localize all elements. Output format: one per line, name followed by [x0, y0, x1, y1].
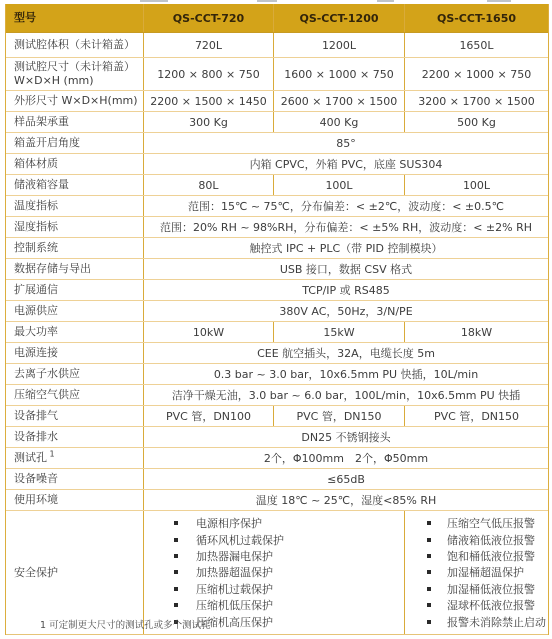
safety-item-text: 加湿桶低液位报警 [447, 581, 535, 597]
row-label: 设备排水 [6, 427, 144, 447]
spec-value-span: 2个，Φ100mm 2个，Φ50mm [144, 448, 548, 468]
spec-value-span: TCP/IP 或 RS485 [144, 280, 548, 300]
spec-value: 1200L [274, 33, 405, 57]
square-bullet-icon [174, 587, 178, 591]
row-label: 使用环境 [6, 490, 144, 510]
row-label: 设备排气 [6, 406, 144, 426]
row-label: 最大功率 [6, 322, 144, 342]
table-row: 测试孔 12个，Φ100mm 2个，Φ50mm [6, 448, 548, 469]
row-label-text: 电源连接 [14, 346, 58, 360]
model-column-label: 型号 [6, 4, 144, 32]
table-row: 压缩空气供应洁净干燥无油，3.0 bar ~ 6.0 bar，100L/min，… [6, 385, 548, 406]
square-bullet-icon [427, 603, 431, 607]
table-row: 箱体材质内箱 CPVC，外箱 PVC，底座 SUS304 [6, 154, 548, 175]
spec-value: 400 Kg [274, 112, 405, 132]
row-label-text: 温度指标 [14, 199, 58, 213]
spec-value: 1600 × 1000 × 750 [274, 58, 405, 90]
square-bullet-icon [427, 521, 431, 525]
table-row: 去离子水供应0.3 bar ~ 3.0 bar，10x6.5mm PU 快插，1… [6, 364, 548, 385]
spec-value-span: 85° [144, 133, 548, 153]
row-label-text: 数据存储与导出 [14, 262, 91, 276]
square-bullet-icon [427, 620, 431, 624]
safety-item-text: 饱和桶低液位报警 [447, 548, 535, 564]
row-label-text: 设备噪音 [14, 472, 58, 486]
spec-value: 80L [144, 175, 274, 195]
table-row: 扩展通信TCP/IP 或 RS485 [6, 280, 548, 301]
spec-value: 3200 × 1700 × 1500 [405, 91, 548, 111]
safety-item: 报警未消除禁止启动 [427, 614, 546, 630]
safety-item-text: 压缩机低压保护 [196, 597, 273, 613]
spec-value: 15kW [274, 322, 405, 342]
crop-mark [377, 0, 394, 2]
safety-item: 湿球杯低液位报警 [427, 597, 535, 613]
square-bullet-icon [174, 603, 178, 607]
crop-mark [140, 0, 168, 2]
square-bullet-icon [174, 554, 178, 558]
square-bullet-icon [427, 587, 431, 591]
square-bullet-icon [427, 538, 431, 542]
crop-mark [257, 0, 277, 2]
row-label: 测试腔尺寸（未计箱盖）W×D×H (mm) [6, 58, 144, 90]
row-label-text: 外形尺寸 W×D×H(mm) [14, 94, 138, 108]
spec-value-span: 温度 18℃ ~ 25℃，湿度<85% RH [144, 490, 548, 510]
row-label: 控制系统 [6, 238, 144, 258]
row-label: 测试腔体积（未计箱盖） [6, 33, 144, 57]
spec-value: 2200 × 1000 × 750 [405, 58, 548, 90]
model-name: QS-CCT-1650 [405, 4, 548, 32]
spec-value: 720L [144, 33, 274, 57]
square-bullet-icon [174, 538, 178, 542]
row-label: 设备噪音 [6, 469, 144, 489]
page-top-crop-marks [0, 0, 552, 3]
spec-value: 300 Kg [144, 112, 274, 132]
spec-value-span: 范围：20% RH ~ 98%RH，分布偏差：< ±5% RH，波动度：< ±2… [144, 217, 548, 237]
row-label: 温度指标 [6, 196, 144, 216]
spec-value: 2200 × 1500 × 1450 [144, 91, 274, 111]
safety-item: 饱和桶低液位报警 [427, 548, 535, 564]
row-label-text: 设备排水 [14, 430, 58, 444]
row-label-text: 湿度指标 [14, 220, 58, 234]
row-label-text: 最大功率 [14, 325, 58, 339]
safety-item-text: 压缩空气低压报警 [447, 515, 535, 531]
safety-item-text: 报警未消除禁止启动 [447, 614, 546, 630]
safety-item: 储液箱低液位报警 [427, 531, 535, 547]
safety-item-text: 储液箱低液位报警 [447, 532, 535, 548]
footnote: 1 可定制更大尺寸的测试孔或多个测试孔 [40, 617, 211, 631]
spec-value-span: 触控式 IPC + PLC（带 PID 控制模块） [144, 238, 548, 258]
row-label-text: 设备排气 [14, 409, 58, 423]
table-row: 数据存储与导出USB 接口，数据 CSV 格式 [6, 259, 548, 280]
spec-value: 2600 × 1700 × 1500 [274, 91, 405, 111]
safety-item-text: 加湿桶超温保护 [447, 564, 524, 580]
row-label-text: 储液箱容量 [14, 178, 69, 192]
row-label: 电源连接 [6, 343, 144, 363]
safety-item: 电源相序保护 [174, 515, 262, 531]
spec-value-span: 洁净干燥无油，3.0 bar ~ 6.0 bar，100L/min，10x6.5… [144, 385, 548, 405]
spec-value: 500 Kg [405, 112, 548, 132]
table-header-row: 型号QS-CCT-720QS-CCT-1200QS-CCT-1650 [6, 4, 548, 33]
row-label: 储液箱容量 [6, 175, 144, 195]
spec-value-span: USB 接口，数据 CSV 格式 [144, 259, 548, 279]
row-label: 外形尺寸 W×D×H(mm) [6, 91, 144, 111]
row-label-text: 控制系统 [14, 241, 58, 255]
safety-list-right: 压缩空气低压报警储液箱低液位报警饱和桶低液位报警加湿桶超温保护加湿桶低液位报警湿… [405, 511, 548, 634]
row-label: 安全保护 [6, 511, 144, 634]
row-label-text: 测试腔尺寸（未计箱盖）W×D×H (mm) [14, 60, 135, 88]
spec-value: PVC 管，DN150 [405, 406, 548, 426]
table-row: 测试腔体积（未计箱盖）720L1200L1650L [6, 33, 548, 58]
safety-item-text: 压缩机过载保护 [196, 581, 273, 597]
row-label-text: 测试腔体积（未计箱盖） [14, 38, 135, 52]
spec-value: 10kW [144, 322, 274, 342]
table-row: 设备排水DN25 不锈钢接头 [6, 427, 548, 448]
row-label-text: 样品架承重 [14, 115, 69, 129]
safety-item: 加湿桶低液位报警 [427, 581, 535, 597]
spec-value-span: 内箱 CPVC，外箱 PVC，底座 SUS304 [144, 154, 548, 174]
square-bullet-icon [427, 570, 431, 574]
row-label: 数据存储与导出 [6, 259, 144, 279]
table-row: 外形尺寸 W×D×H(mm)2200 × 1500 × 14502600 × 1… [6, 91, 548, 112]
spec-value-span: 380V AC，50Hz，3/N/PE [144, 301, 548, 321]
spec-value: PVC 管，DN100 [144, 406, 274, 426]
table-row: 电源连接CEE 航空插头，32A，电缆长度 5m [6, 343, 548, 364]
spec-value: 1650L [405, 33, 548, 57]
spec-value-span: ≤65dB [144, 469, 548, 489]
table-row: 使用环境温度 18℃ ~ 25℃，湿度<85% RH [6, 490, 548, 511]
safety-item: 循环风机过载保护 [174, 531, 284, 547]
table-row: 电源供应380V AC，50Hz，3/N/PE [6, 301, 548, 322]
row-label-text: 测试孔 1 [14, 451, 55, 465]
table-row: 测试腔尺寸（未计箱盖）W×D×H (mm)1200 × 800 × 750160… [6, 58, 548, 91]
square-bullet-icon [174, 521, 178, 525]
spec-table: 型号QS-CCT-720QS-CCT-1200QS-CCT-1650测试腔体积（… [5, 4, 549, 635]
row-label-text: 扩展通信 [14, 283, 58, 297]
row-label: 箱体材质 [6, 154, 144, 174]
safety-item: 压缩机过载保护 [174, 581, 273, 597]
model-name: QS-CCT-1200 [274, 4, 405, 32]
row-label: 样品架承重 [6, 112, 144, 132]
row-label: 压缩空气供应 [6, 385, 144, 405]
table-row: 储液箱容量80L100L100L [6, 175, 548, 196]
safety-item: 压缩空气低压报警 [427, 515, 535, 531]
row-label-text: 箱盖开启角度 [14, 136, 80, 150]
model-name: QS-CCT-720 [144, 4, 274, 32]
table-row: 温度指标范围：15℃ ~ 75℃，分布偏差：< ±2℃，波动度：< ±0.5℃ [6, 196, 548, 217]
safety-item-text: 循环风机过载保护 [196, 532, 284, 548]
table-row: 最大功率10kW15kW18kW [6, 322, 548, 343]
footnote-marker: 1 [47, 449, 55, 458]
safety-item-text: 电源相序保护 [196, 515, 262, 531]
row-label-text: 使用环境 [14, 493, 58, 507]
spec-value: PVC 管，DN150 [274, 406, 405, 426]
spec-value-span: DN25 不锈钢接头 [144, 427, 548, 447]
row-label: 去离子水供应 [6, 364, 144, 384]
safety-item: 加湿桶超温保护 [427, 564, 524, 580]
row-label: 测试孔 1 [6, 448, 144, 468]
safety-list-left: 电源相序保护循环风机过载保护加热器漏电保护加热器超温保护压缩机过载保护压缩机低压… [144, 511, 405, 634]
safety-item-text: 加热器超温保护 [196, 564, 273, 580]
table-row: 样品架承重300 Kg400 Kg500 Kg [6, 112, 548, 133]
spec-value: 100L [274, 175, 405, 195]
row-label-text: 箱体材质 [14, 157, 58, 171]
safety-item: 加热器漏电保护 [174, 548, 273, 564]
spec-value: 18kW [405, 322, 548, 342]
row-label: 扩展通信 [6, 280, 144, 300]
row-label: 湿度指标 [6, 217, 144, 237]
safety-item-text: 湿球杯低液位报警 [447, 597, 535, 613]
safety-item-text: 加热器漏电保护 [196, 548, 273, 564]
crop-mark [487, 0, 511, 2]
spec-value-span: 0.3 bar ~ 3.0 bar，10x6.5mm PU 快插，10L/min [144, 364, 548, 384]
row-label-text: 去离子水供应 [14, 367, 80, 381]
row-label: 电源供应 [6, 301, 144, 321]
square-bullet-icon [427, 554, 431, 558]
square-bullet-icon [174, 570, 178, 574]
table-row: 箱盖开启角度85° [6, 133, 548, 154]
table-row: 设备排气PVC 管，DN100PVC 管，DN150PVC 管，DN150 [6, 406, 548, 427]
spec-value: 1200 × 800 × 750 [144, 58, 274, 90]
table-row: 控制系统触控式 IPC + PLC（带 PID 控制模块） [6, 238, 548, 259]
spec-value-span: 范围：15℃ ~ 75℃，分布偏差：< ±2℃，波动度：< ±0.5℃ [144, 196, 548, 216]
safety-item: 加热器超温保护 [174, 564, 273, 580]
row-label-text: 压缩空气供应 [14, 388, 80, 402]
safety-item: 压缩机低压保护 [174, 597, 273, 613]
table-row: 湿度指标范围：20% RH ~ 98%RH，分布偏差：< ±5% RH，波动度：… [6, 217, 548, 238]
spec-value-span: CEE 航空插头，32A，电缆长度 5m [144, 343, 548, 363]
table-row: 设备噪音≤65dB [6, 469, 548, 490]
spec-value: 100L [405, 175, 548, 195]
row-label-text: 电源供应 [14, 304, 58, 318]
row-label: 箱盖开启角度 [6, 133, 144, 153]
